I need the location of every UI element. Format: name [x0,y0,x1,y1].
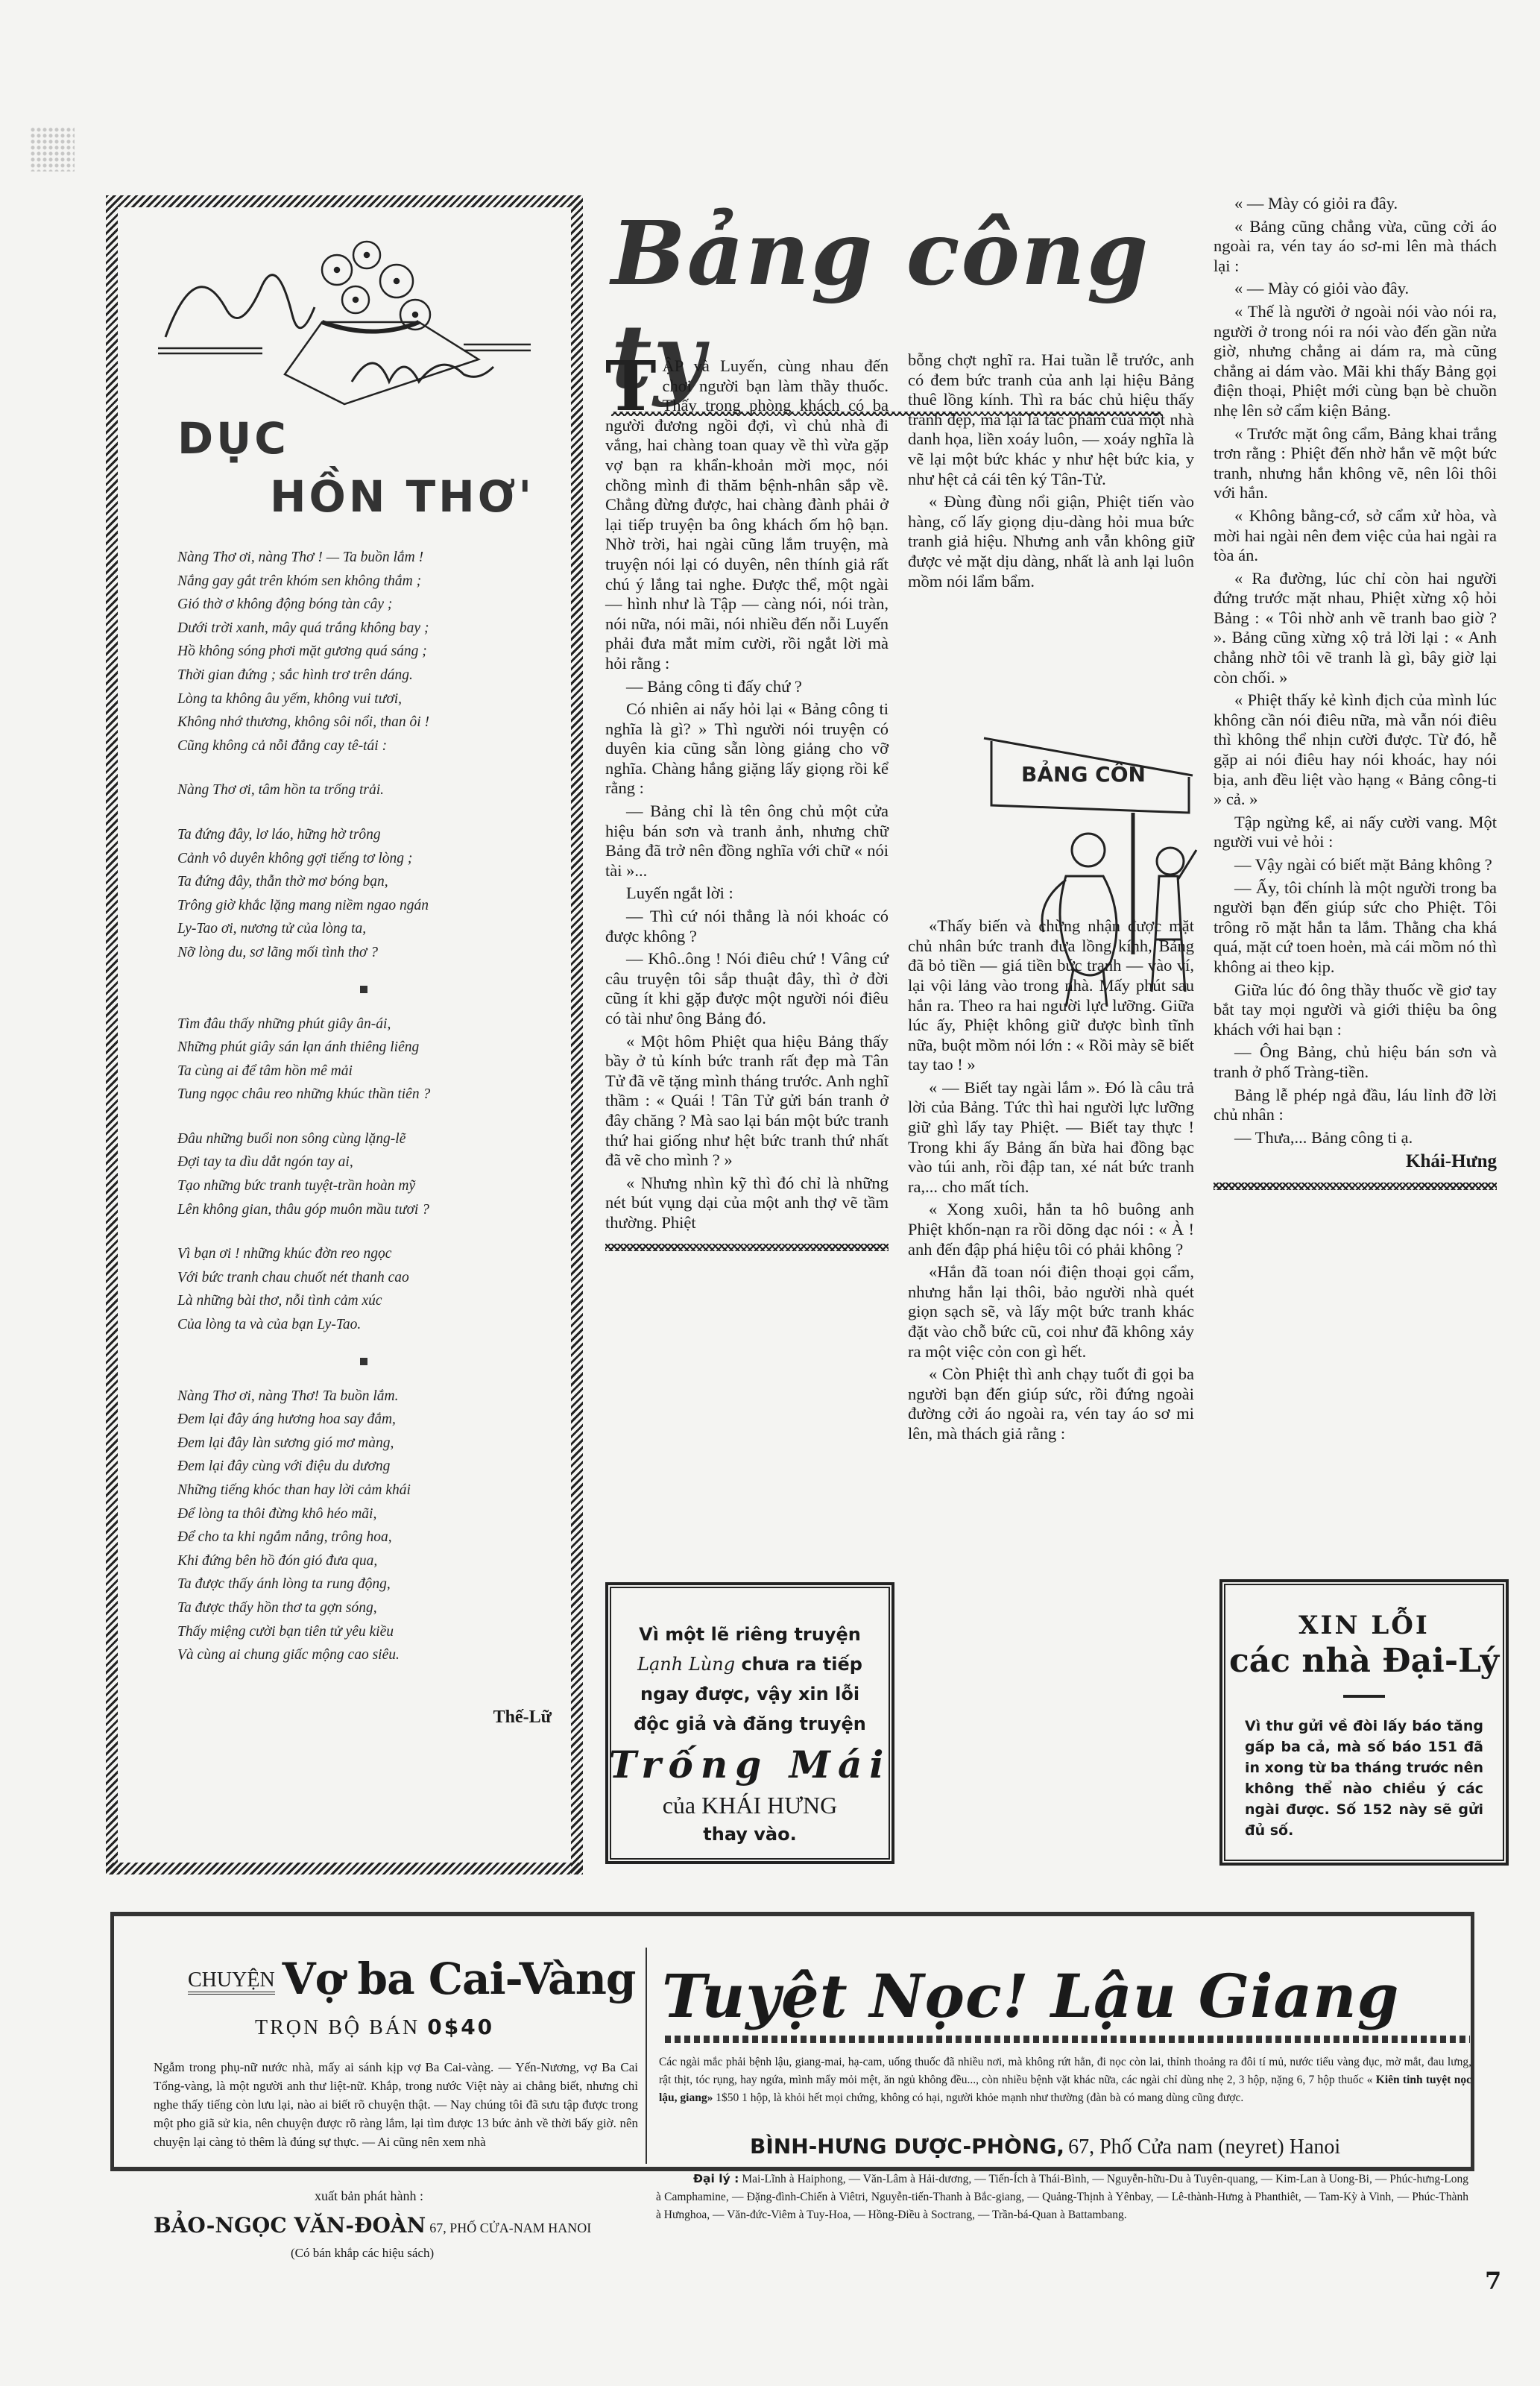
poem-line: Dưới trời xanh, mây quá trắng không bay … [177,617,550,640]
poem-line: Gió thờ ơ không động bóng tàn cây ; [177,593,550,617]
italic-story-name: Lạnh Lùng [637,1654,735,1675]
story-paragraph: Bảng lễ phép ngả đầu, láu lỉnh đỡ lời ch… [1214,1086,1497,1125]
story-paragraph: « Nhưng nhìn kỹ thì đó chỉ là những nét … [605,1174,889,1233]
story-paragraph: TẬP và Luyến, cùng nhau đến chơi người b… [605,356,889,674]
drop-cap: T [605,358,656,415]
poem-line: Thấy miệng cười bạn tiên tử yêu kiều [177,1620,550,1644]
notice-text: Vì thư gửi về đòi lấy báo tăng gấp ba cả… [1222,1716,1506,1841]
poem-line: Đợi tay ta dìu dắt ngón tay ai, [177,1150,550,1174]
poem-line: Và cùng ai chung giấc mộng cao siêu. [177,1643,550,1667]
story-paragraph: Luyến ngắt lời : [605,884,889,904]
story-paragraph: « Xong xuôi, hắn ta hô buông anh Phiệt k… [908,1200,1194,1259]
story-paragraph: Có nhiên ai nấy hỏi lại « Bảng công ti n… [605,699,889,799]
poem-line: Để lòng ta thôi đừng khô héo mãi, [177,1502,550,1526]
poem-stanza: Nàng Thơ ơi, tâm hồn ta trống trải. [177,778,550,802]
story-column-3: « — Mày có giỏi ra đây. « Bảng cũng chẳn… [1214,194,1497,1190]
poem-line: Đem lại đây áng hương hoa say đắm, [177,1408,550,1432]
poem-line: Là những bài thơ, nỗi tình cảm xúc [177,1289,550,1313]
poem-line: Ta được thấy hồn thơ ta gợn sóng, [177,1596,550,1620]
story-title: Bảng công ty [611,201,1193,336]
notice-story-substitution: Vì một lẽ riêng truyện Lạnh Lùng chưa ra… [605,1582,894,1864]
poem-line: Đem lại đây làn sương gió mơ màng, [177,1432,550,1455]
poem-stanza: Vì bạn ơi ! những khúc đờn reo ngọc Với … [177,1242,550,1336]
poem-line: Nỡ lòng du, sơ lãng mối tình thơ ? [177,941,550,965]
notice-heading-1: XIN LỖI [1222,1611,1506,1640]
ad-firm: BÌNH-HƯNG DƯỢC-PHÒNG, 67, Phố Cửa nam (n… [750,2134,1340,2159]
story-paragraph: « — Mày có giỏi vào đây. [1214,279,1497,299]
story-author: Khái-Hưng [1214,1152,1497,1172]
story-paragraph: « Trước mặt ông cẩm, Bảng khai trắng trơ… [1214,424,1497,503]
poem-stanza: Nàng Thơ ơi, nàng Thơ! Ta buồn lắm. Đem … [177,1385,550,1667]
ad-agents: Đại lý : Mai-Lĩnh à Haiphong, — Văn-Lâm … [656,2170,1468,2224]
notice-byline: của KHÁI HƯNG [608,1791,892,1819]
ad-description: Các ngài mắc phải bệnh lậu, giang-mai, h… [659,2053,1471,2107]
section-ornament-icon [360,1358,367,1365]
poem-line: Những phút giây sán lạn ánh thiêng liêng [177,1036,550,1060]
poem-title-line-2: HỒN THƠ' [270,471,534,522]
poem-line: Của lòng ta và của bạn Ly-Tao. [177,1313,550,1337]
section-ornament-icon [360,986,367,993]
story-paragraph: — Bảng công ti đấy chứ ? [605,677,889,697]
ad-title: Vợ ba Cai-Vàng [283,1954,636,2004]
story-paragraph: « Thế là người ở ngoài nói vào nói ra, n… [1214,302,1497,421]
poem-stanza: Tìm đâu thấy những phút giây ân-ái, Nhữn… [177,1013,550,1107]
cartoon-illustration-icon: BẢNG CÔN [976,731,1200,1022]
poem-box: DỤC HỒN THƠ' Nàng Thơ ơi, nàng Thơ ! — T… [106,195,583,1875]
poem-line: Ta được thấy ánh lòng ta rung động, [177,1573,550,1596]
zigzag-divider [1214,1183,1497,1190]
ad-title: Tuyệt Nọc! Lậu Giang [662,1961,1399,2031]
story-paragraph: « Phiệt thấy kẻ kình địch của mình lúc k… [1214,690,1497,810]
poem-line: Lên không gian, thâu góp muôn mầu tươi ? [177,1198,550,1222]
poem-line: Không nhớ thương, không sôi nổi, than ôi… [177,711,550,734]
poem-line: Ta đứng đây, lơ láo, hững hờ trông [177,823,550,847]
poem-body: Nàng Thơ ơi, nàng Thơ ! — Ta buồn lắm ! … [177,546,550,1688]
poem-line: Đem lại đây cùng với điệu du dương [177,1455,550,1479]
story-paragraph: Giữa lúc đó ông thầy thuốc về giơ tay bắ… [1214,980,1497,1040]
poem-line: Ly-Tao ơi, nương tử của lòng ta, [177,917,550,941]
notice-heading-2: các nhà Đại-Lý [1222,1642,1506,1680]
poem-line: Nàng Thơ ơi, tâm hồn ta trống trải. [177,778,550,802]
hatched-border-right [571,195,583,1875]
story-paragraph: — Khô..ông ! Nói điêu chứ ! Vâng cứ câu … [605,949,889,1028]
hatched-border-top [106,195,583,207]
story-paragraph: — Vậy ngài có biết mặt Bảng không ? [1214,855,1497,875]
story-paragraph: « Ra đường, lúc chỉ còn hai người đứng t… [1214,569,1497,688]
poem-stanza: Đâu những buổi non sông cùng lặng-lẽ Đợi… [177,1127,550,1221]
story-paragraph: — Bảng chỉ là tên ông chủ một cửa hiệu b… [605,802,889,881]
story-paragraph: « — Mày có giỏi ra đây. [1214,194,1497,214]
story-paragraph: « Bảng cũng chẳng vừa, cũng cởi áo ngoài… [1214,217,1497,277]
story-paragraph: « Đùng đùng nổi giận, Phiệt tiến vào hàn… [908,492,1194,591]
story-paragraph: bỗng chợt nghĩ ra. Hai tuần lễ trước, an… [908,350,1194,489]
ad-price: 0$40 [427,2015,494,2039]
story-paragraph: — Ấy, tôi chính là một người trong ba ng… [1214,878,1497,978]
ad-publisher-label: xuất bản phát hành : [315,2188,423,2204]
notice-text: Vì một lẽ riêng truyện Lạnh Lùng chưa ra… [608,1619,892,1739]
ad-description: Ngẫm trong phụ-nữ nước nhà, mấy ai sánh … [154,2058,638,2151]
poem-line: Tạo những bức tranh tuyệt-trần hoàn mỹ [177,1174,550,1198]
ad-price-line: TRỌN BỘ BÁN 0$40 [255,2015,494,2040]
ad-kicker: CHUYỆN [188,1968,275,1995]
notice-big-title: Trống Mái [608,1739,892,1791]
poem-line: Hồ không sóng phơi mặt gương quá sáng ; [177,640,550,664]
story-paragraph: — Thưa,... Bảng công ti ạ. [1214,1128,1497,1148]
poem-line: Nắng gay gắt trên khóm sen không thắm ; [177,570,550,594]
poem-line: Ta cùng ai để tâm hồn mê mải [177,1060,550,1083]
ad-publisher: BẢO-NGỌC VĂN-ĐOÀN 67, PHỐ CỬA-NAM HANOI [154,2213,591,2238]
poem-line: Ta đứng đây, thẫn thờ mơ bóng bạn, [177,870,550,894]
story-paragraph: « Một hôm Phiệt qua hiệu Bảng thấy bầy ở… [605,1032,889,1171]
poem-line: Trông giờ khắc lặng mang niềm ngao ngán [177,894,550,918]
poem-line: Nàng Thơ ơi, nàng Thơ ! — Ta buồn lắm ! [177,546,550,570]
poem-author: Thế-Lữ [493,1707,552,1728]
poem-line: Lòng ta không âu yếm, không vui tươi, [177,687,550,711]
poem-line: Vì bạn ơi ! những khúc đờn reo ngọc [177,1242,550,1266]
story-paragraph: Tập ngừng kể, ai nấy cười vang. Một ngườ… [1214,813,1497,852]
poem-line: Tung ngọc châu reo những khúc thần tiên … [177,1083,550,1107]
story-paragraph: «Hắn đã toan nói điện thoại gọi cẩm, như… [908,1262,1194,1362]
poem-line: Cũng không cả nỗi đắng cay tê-tái : [177,734,550,758]
scan-artifact [30,127,75,171]
page-number: 7 [1485,2267,1501,2295]
story-paragraph: — Ông Bảng, chủ hiệu bán sơn và tranh ở … [1214,1042,1497,1082]
story-paragraph: « Không bằng-cớ, sở cẩm xử hòa, và mời h… [1214,506,1497,566]
zigzag-divider [605,1244,889,1251]
flower-basket-logo-icon [151,225,538,419]
divider [1343,1695,1385,1698]
story-paragraph: « Còn Phiệt thì anh chạy tuốt đi gọi ba … [908,1364,1194,1444]
dotted-rule [665,2036,1470,2043]
poem-line: Đâu những buổi non sông cùng lặng-lẽ [177,1127,550,1151]
poem-line: Tìm đâu thấy những phút giây ân-ái, [177,1013,550,1036]
poem-stanza: Nàng Thơ ơi, nàng Thơ ! — Ta buồn lắm ! … [177,546,550,758]
notice-apology-agents: XIN LỖI các nhà Đại-Lý Vì thư gửi về đòi… [1219,1579,1509,1866]
poem-line: Nàng Thơ ơi, nàng Thơ! Ta buồn lắm. [177,1385,550,1408]
poem-line: Những tiếng khóc than hay lời cảm khái [177,1479,550,1502]
ad-availability: (Có bán khắp các hiệu sách) [291,2246,434,2261]
poem-line: Để cho ta khi ngắm nắng, trông hoa, [177,1526,550,1549]
poem-line: Khi đứng bên hồ đón gió đưa qua, [177,1549,550,1573]
poem-stanza: Ta đứng đây, lơ láo, hững hờ trông Cảnh … [177,823,550,965]
hatched-border-bottom [106,1863,583,1875]
hatched-border-left [106,195,118,1875]
notice-end: thay vào. [608,1819,892,1849]
poem-line: Thời gian đứng ; sắc hình trơ trên dáng. [177,664,550,687]
poem-line: Cảnh vô duyên không gợi tiếng tơ lòng ; [177,847,550,871]
story-paragraph: « — Biết tay ngài lắm ». Đó là câu trả l… [908,1078,1194,1197]
poem-line: Với bức tranh chau chuốt nét thanh cao [177,1266,550,1290]
poem-title-line-1: DỤC [177,413,289,464]
ad-divider [646,1948,647,2164]
ad-headline: CHUYỆNVợ ba Cai-Vàng [188,1954,636,2004]
illustration-sign-text: BẢNG CÔN [1021,759,1146,787]
story-paragraph: — Thì cứ nói thẳng là nói khoác có được … [605,907,889,946]
story-column-1: TẬP và Luyến, cùng nhau đến chơi người b… [605,356,889,1251]
